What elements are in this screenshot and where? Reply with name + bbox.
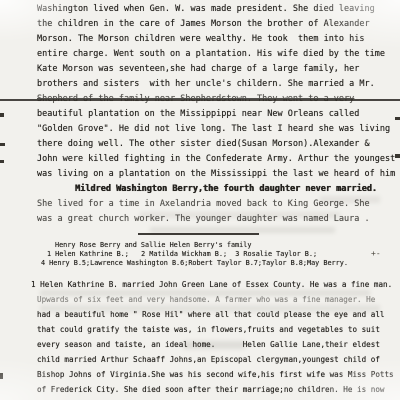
text-line: Morson. The Morson children were wealthy… [37,32,400,47]
text-line: 1 Helen Kathrine B.; 2 Matilda Wickham B… [37,250,400,259]
text-line: 1 Helen Kathrine B. married John Green L… [31,277,400,292]
text-line: Upwards of six feet and very handsome. A… [37,292,400,307]
scan-edge-mark [395,117,400,120]
text-line: "Golden Grove". He did not live long. Th… [37,122,400,137]
document-page: Washington lived when Gen. W. was made p… [0,0,400,400]
text-line: had a beautiful home " Rose Hil" where a… [37,307,400,322]
text-line: Washington lived when Gen. W. was made p… [37,2,400,17]
text-line: entire charge. Went south on a plantatio… [37,47,400,62]
text-line: there doing well. The other sister died(… [37,137,400,152]
underline-rule [138,233,259,235]
text-line: that could gratify the taiste was, in fl… [37,322,400,337]
text-line: 4 Henry B.5;Lawrence Washington B.6;Robe… [37,259,400,268]
text-line: was living on a plantation on the Missis… [37,167,400,182]
text-line: child married Arthur Schaaff Johns,an Ep… [37,352,400,367]
scan-edge-mark [0,113,4,117]
text-line: the children in the care of James Morson… [37,17,400,32]
scan-edge-mark [395,154,400,158]
scan-edge-mark [0,160,4,163]
text-line: Mildred Washington Berry,the fourth daug… [37,182,400,197]
text-line: every season and taiste, an ideal home. … [37,337,400,352]
text-line: of Frederick City. She died soon after t… [37,382,400,397]
text-line: She lived for a time in Axelandria moved… [37,197,400,212]
text-line: John were killed fighting in the Confede… [37,152,400,167]
scan-edge-mark [0,373,3,379]
document-text: Washington lived when Gen. W. was made p… [37,2,400,397]
pencil-margin-mark: +- [371,249,381,258]
text-line: beautiful plantation on the Missippippi … [37,107,400,122]
text-line: Kate Morson was seventeen,she had charge… [37,62,400,77]
text-line: was a great church worker. The younger d… [37,212,400,227]
text-line: Bishop Johns of Virginia.She was his sec… [37,367,400,382]
strikethrough-line-artifact [0,99,400,101]
text-line: Henry Rose Berry and Sallie Helen Berry'… [37,241,400,250]
scan-edge-mark [0,143,5,146]
text-line: brothers and sisters with her uncle's ch… [37,77,400,92]
